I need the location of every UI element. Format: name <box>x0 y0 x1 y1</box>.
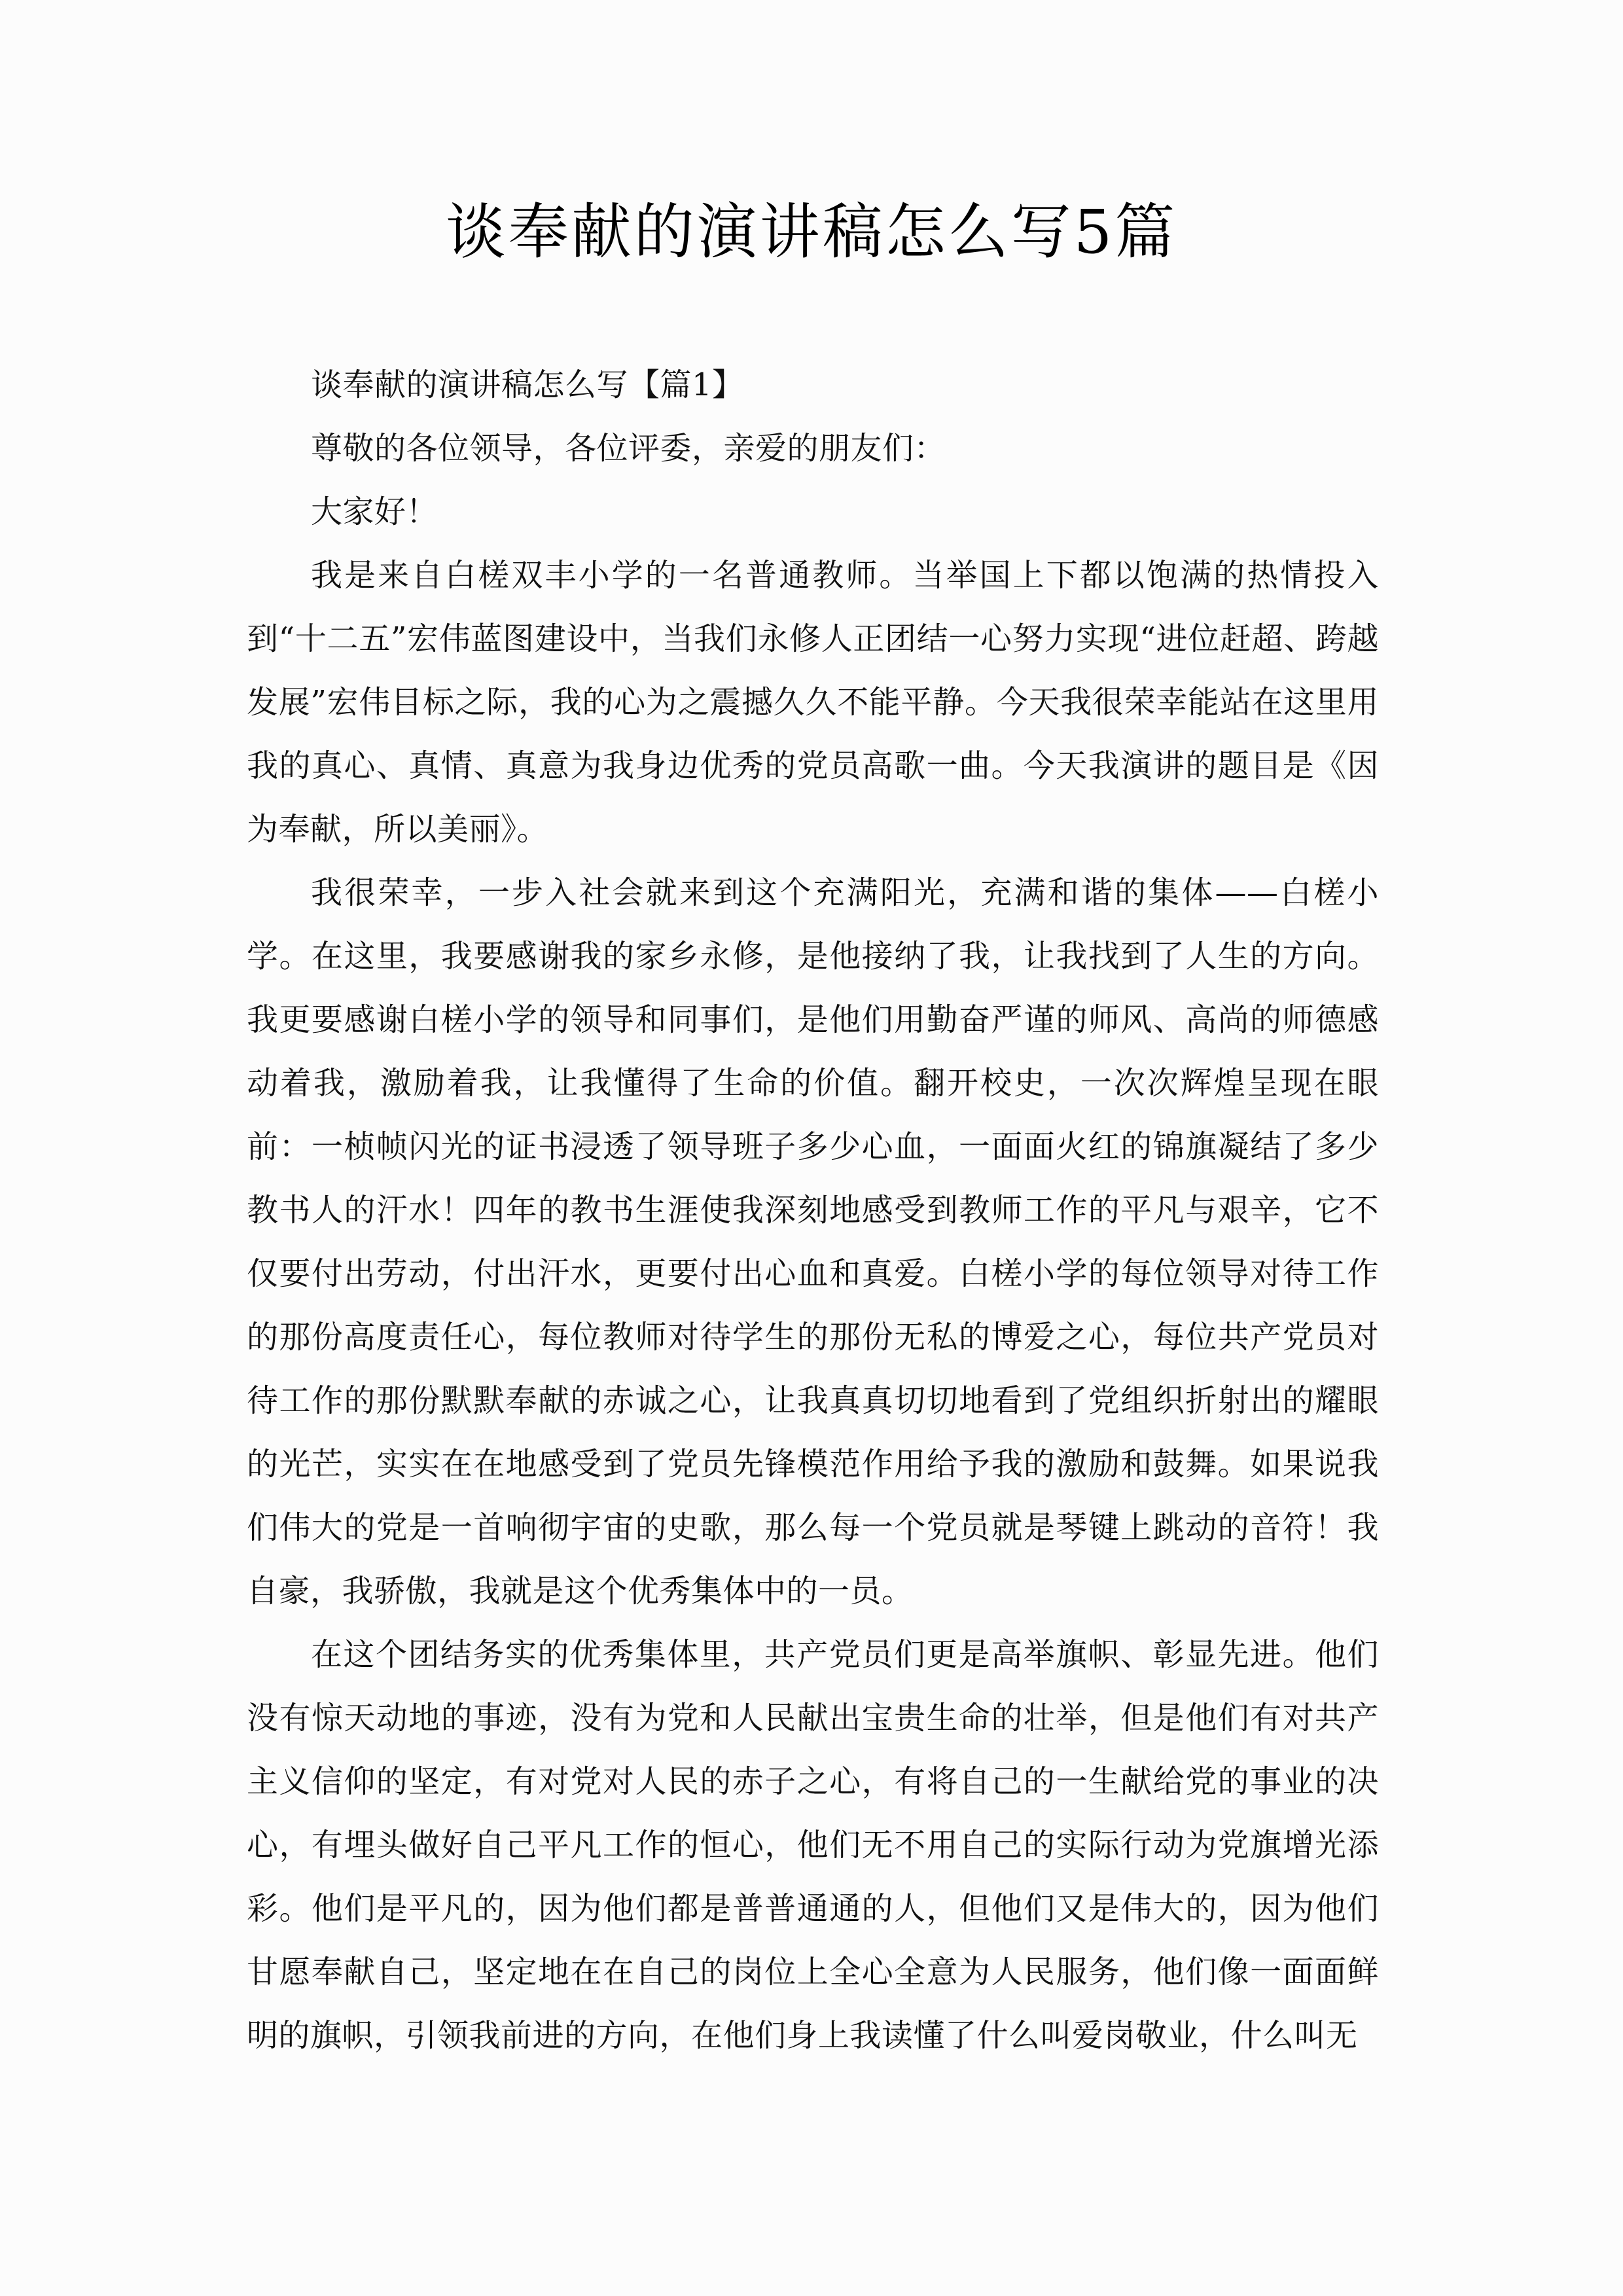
paragraph: 我是来自白槎双丰小学的一名普通教师。当举国上下都以饱满的热情投入到“十二五”宏伟… <box>247 544 1379 861</box>
section-heading: 谈奉献的演讲稿怎么写【篇1】 <box>247 353 1379 417</box>
paragraph: 在这个团结务实的优秀集体里，共产党员们更是高举旗帜、彰显先进。他们没有惊天动地的… <box>247 1623 1379 2068</box>
salutation-line: 大家好！ <box>247 480 1379 544</box>
greeting-line: 尊敬的各位领导，各位评委，亲爱的朋友们： <box>247 417 1379 480</box>
document-page: 谈奉献的演讲稿怎么写5篇 谈奉献的演讲稿怎么写【篇1】 尊敬的各位领导，各位评委… <box>0 0 1623 2296</box>
document-body: 谈奉献的演讲稿怎么写【篇1】 尊敬的各位领导，各位评委，亲爱的朋友们： 大家好！… <box>247 353 1379 2068</box>
document-title: 谈奉献的演讲稿怎么写5篇 <box>0 190 1623 275</box>
paragraph: 我很荣幸，一步入社会就来到这个充满阳光，充满和谐的集体——白槎小学。在这里，我要… <box>247 861 1379 1623</box>
